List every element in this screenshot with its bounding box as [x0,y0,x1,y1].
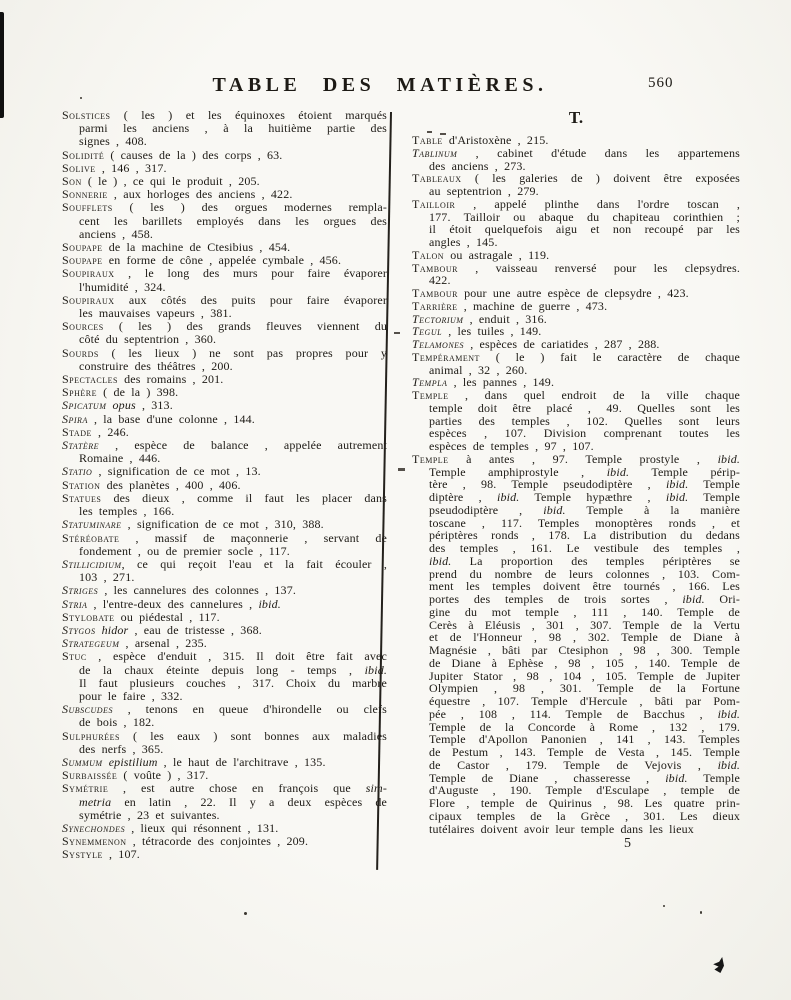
index-column-left: Solstices ( les ) et les équinoxes étoie… [62,109,387,862]
ink-speck [663,905,665,907]
ink-blot [712,957,724,973]
page-number: 560 [648,75,674,92]
index-column-right: T. Table d'Aristoxène , 215.Tablinum , c… [412,108,740,851]
signature-mark: 5 [412,838,740,851]
ink-dash [394,332,400,334]
section-letter-heading: T. [412,108,740,128]
index-entry-line: Systyle , 107. [62,848,387,861]
ink-dash [398,468,405,471]
page-title: TABLE DES MATIÈRES. [180,74,580,97]
ink-dash [440,133,446,135]
ink-speck [244,912,247,915]
index-entry-line: Tambour , vaisseau renversé pour les cle… [412,262,740,275]
index-column-right-body: Table d'Aristoxène , 215.Tablinum , cabi… [412,134,740,835]
ink-dash [427,131,432,133]
scanned-book-page: TABLE DES MATIÈRES. 560 Solstices ( les … [0,0,791,1000]
ink-speck [80,97,82,99]
index-entry-line: tutélaires doivent avoir leur temple dan… [412,823,740,836]
scan-edge-mark [0,12,4,118]
ink-speck [700,911,702,914]
